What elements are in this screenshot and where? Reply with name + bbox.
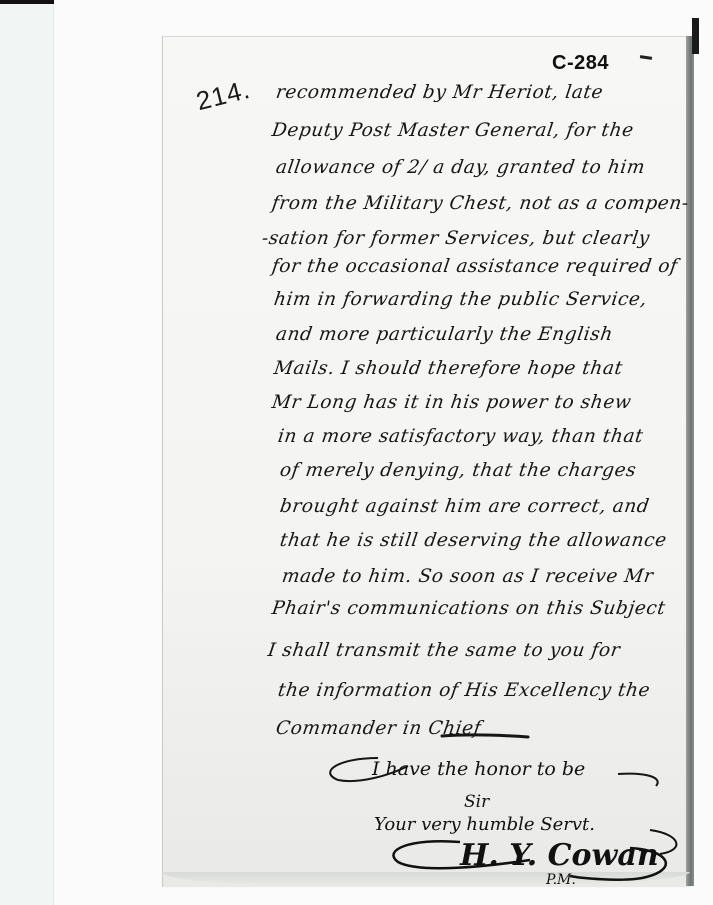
body-line-2: Deputy Post Master General, for the xyxy=(271,120,636,141)
body-line-14: that he is still deserving the allowance xyxy=(279,530,669,551)
body-line-9: Mails. I should therefore hope that xyxy=(273,358,625,379)
scan-left-margin xyxy=(0,0,54,905)
body-line-11: in a more satisfactory way, than that xyxy=(277,426,645,447)
signature-title: P.M. xyxy=(546,872,576,888)
scan-top-border xyxy=(0,0,54,4)
body-line-3: allowance of 2/ a day, granted to him xyxy=(275,157,647,178)
body-line-16: Phair's communications on this Subject xyxy=(271,598,667,619)
chief-underline-flourish xyxy=(440,728,530,744)
body-line-4: from the Military Chest, not as a compen… xyxy=(271,193,691,214)
body-line-12: of merely denying, that the charges xyxy=(279,460,638,481)
body-line-13: brought against him are correct, and xyxy=(279,496,651,517)
body-line-8: and more particularly the English xyxy=(275,324,615,345)
archive-stamp-id: C-284 xyxy=(552,52,609,75)
signature-name: H. Y. Cowan xyxy=(460,838,659,873)
body-line-1: recommended by Mr Heriot, late xyxy=(275,82,605,103)
closing-salutation: Sir xyxy=(464,792,489,812)
body-line-15: made to him. So soon as I receive Mr xyxy=(281,566,655,587)
body-line-10: Mr Long has it in his power to shew xyxy=(271,392,633,413)
page-right-edge xyxy=(686,36,694,886)
body-line-17: I shall transmit the same to you for xyxy=(267,640,622,661)
closing-line-honor: I have the honor to be xyxy=(372,758,585,780)
binding-clip-mark xyxy=(692,18,699,54)
body-line-18: the information of His Excellency the xyxy=(277,680,652,701)
body-line-7: him in forwarding the public Service, xyxy=(273,289,649,310)
body-line-6: for the occasional assistance required o… xyxy=(271,256,680,277)
body-line-5: -sation for former Services, but clearly xyxy=(261,228,652,249)
